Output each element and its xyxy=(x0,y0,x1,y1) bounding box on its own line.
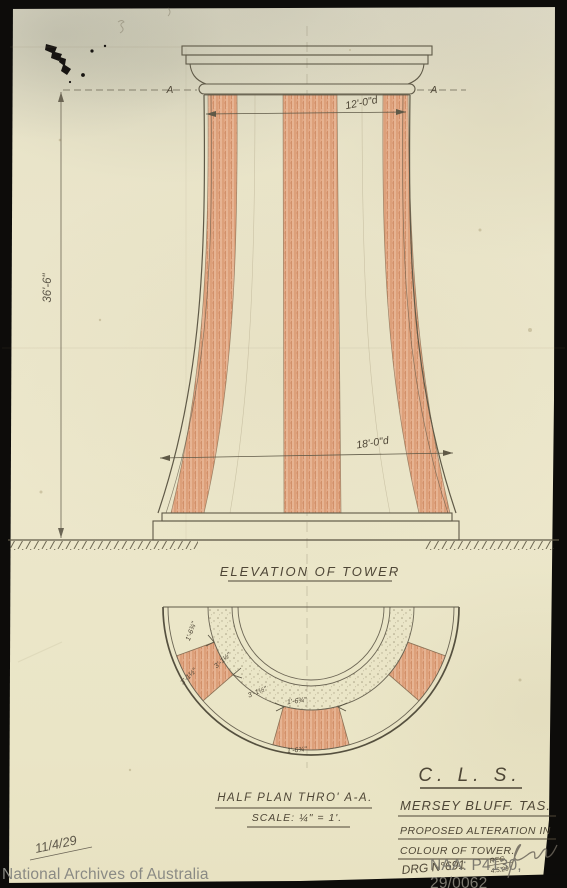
ground-hatching-left xyxy=(10,541,198,550)
watermark-archive-reference: NAA: P4130, 29/0062 xyxy=(430,857,567,888)
drawing-sheet: A A 12'-0"d 18'-0"d 36'- xyxy=(0,0,567,888)
red-stripe-center xyxy=(283,95,341,513)
plan-dim-segment-outer: 1'-6¾" xyxy=(185,621,199,642)
org-initials: C. L. S. xyxy=(418,765,521,786)
subject-line-2: COLOUR OF TOWER. xyxy=(400,845,515,857)
tower-cap xyxy=(182,46,432,94)
subject-line-1: PROPOSED ALTERATION IN xyxy=(400,825,551,837)
dim-height-label: 36'-6" xyxy=(42,272,54,302)
scanned-drawing-page: A A 12'-0"d 18'-0"d 36'- xyxy=(0,0,567,888)
plan-stipple-band xyxy=(208,607,414,710)
ground-hatching-right xyxy=(424,541,554,550)
section-marker-right: A xyxy=(430,85,438,96)
dimension-height: 36'-6" xyxy=(42,92,64,538)
plan-dim-bottom-bottom: 1'-6¾" xyxy=(287,746,308,755)
plan-red-segment-bottom xyxy=(273,706,349,750)
elevation-caption-text: ELEVATION OF TOWER xyxy=(220,564,400,579)
dim-base-diameter-label: 18'-0"d xyxy=(355,434,390,451)
date-annotation-text: 11/4/29 xyxy=(34,832,79,855)
section-marker-left: A xyxy=(166,85,174,96)
ground xyxy=(8,540,559,550)
caption-elevation: ELEVATION OF TOWER xyxy=(220,564,400,581)
tower-elevation: A A 12'-0"d 18'-0"d 36'- xyxy=(8,46,559,581)
scan-border-right xyxy=(542,0,567,888)
tower-red-stripes xyxy=(171,95,450,513)
date-annotation: 11/4/29 xyxy=(30,832,92,860)
red-stripe-right xyxy=(383,95,450,513)
ink-blots xyxy=(45,44,106,83)
location-title: MERSEY BLUFF. TAS. xyxy=(400,798,551,813)
plan-caption-text: HALF PLAN THRO' A-A. xyxy=(217,792,373,804)
pencil-scribbles xyxy=(118,8,170,33)
watermark-archive-name: National Archives of Australia xyxy=(2,866,209,884)
scan-border-top xyxy=(0,0,567,9)
half-plan: 1'-6¾" 3'-1½" 3'-1½" 3'-1½" 1'-6¾" 1'-6¾… xyxy=(163,607,459,827)
caption-plan: HALF PLAN THRO' A-A. SCALE: ¼" = 1'. xyxy=(215,792,373,827)
scan-border-left xyxy=(0,0,13,888)
plan-scale-text: SCALE: ¼" = 1'. xyxy=(252,812,342,824)
base-plinth xyxy=(153,513,459,540)
